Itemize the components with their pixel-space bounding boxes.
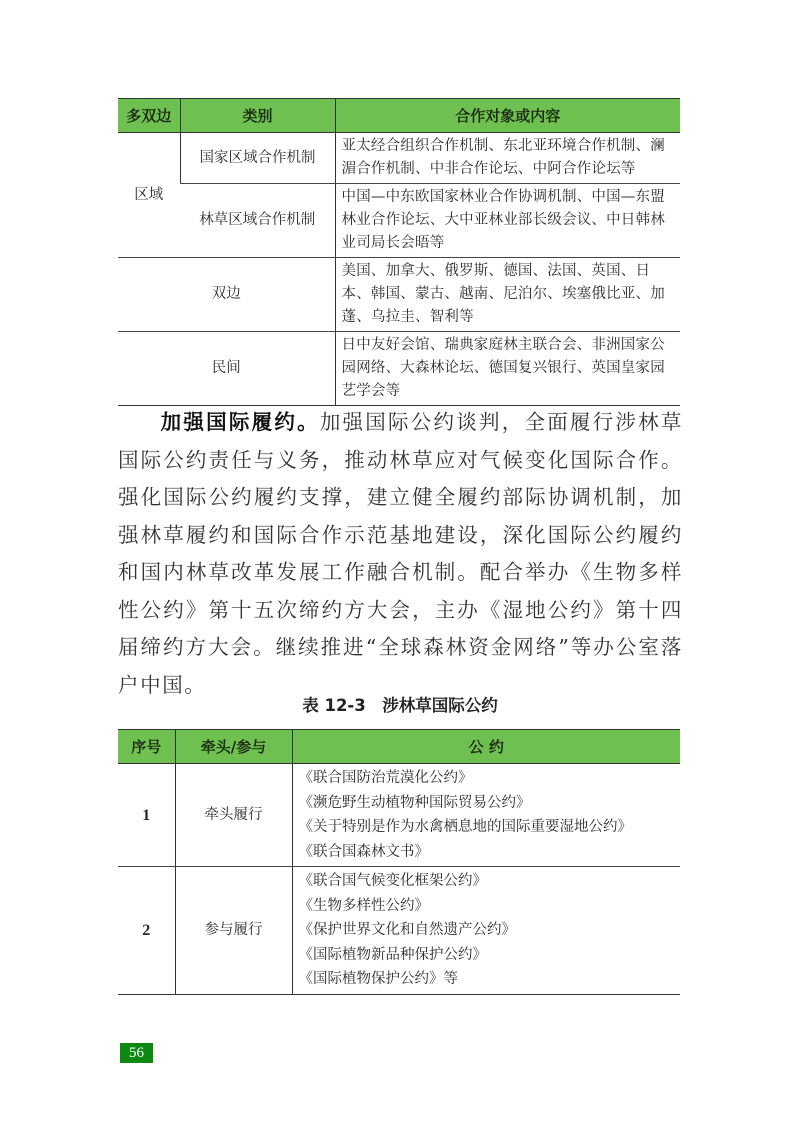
row-number: 1 [118, 764, 175, 867]
header-cell: 类别 [180, 99, 335, 133]
table-row: 区域 国家区域合作机制 亚太经合组织合作机制、东北亚环境合作机制、澜湄合作机制、… [118, 133, 680, 184]
conventions-cell: 《联合国气候变化框架公约》 《生物多样性公约》 《保护世界文化和自然遗产公约》 … [292, 867, 680, 995]
group-cell: 双边 [118, 258, 335, 332]
convention-item: 《生物多样性公约》 [299, 894, 675, 919]
convention-item: 《国际植物保护公约》等 [299, 967, 675, 992]
header-cell: 多双边 [118, 99, 180, 133]
convention-item: 《保护世界文化和自然遗产公约》 [299, 918, 675, 943]
content-cell: 中国—中东欧国家林业合作协调机制、中国—东盟林业合作论坛、大中亚林业部长级会议、… [335, 184, 680, 258]
conventions-table: 序号 牵头/参与 公 约 1 牵头履行 《联合国防治荒漠化公约》 《濒危野生动植… [118, 729, 680, 995]
category-cell: 林草区域合作机制 [180, 184, 335, 258]
paragraph-lead: 加强国际履约。 [160, 410, 320, 434]
header-cell: 序号 [118, 730, 175, 764]
header-cell: 公 约 [292, 730, 680, 764]
table-row: 民间 日中友好会馆、瑞典家庭林主联合会、非洲国家公园网络、大森林论坛、德国复兴银… [118, 332, 680, 406]
group-cell: 民间 [118, 332, 335, 406]
body-paragraph: 加强国际履约。加强国际公约谈判，全面履行涉林草国际公约责任与义务，推动林草应对气… [118, 404, 683, 704]
header-cell: 牵头/参与 [175, 730, 292, 764]
convention-item: 《关于特别是作为水禽栖息地的国际重要湿地公约》 [299, 815, 675, 840]
table-header-row: 多双边 类别 合作对象或内容 [118, 99, 680, 133]
paragraph-body: 加强国际公约谈判，全面履行涉林草国际公约责任与义务，推动林草应对气候变化国际合作… [118, 410, 683, 697]
table-header-row: 序号 牵头/参与 公 约 [118, 730, 680, 764]
row-number: 2 [118, 867, 175, 995]
convention-item: 《濒危野生动植物种国际贸易公约》 [299, 791, 675, 816]
convention-item: 《国际植物新品种保护公约》 [299, 943, 675, 968]
content-cell: 美国、加拿大、俄罗斯、德国、法国、英国、日本、韩国、蒙古、越南、尼泊尔、埃塞俄比… [335, 258, 680, 332]
table-row: 2 参与履行 《联合国气候变化框架公约》 《生物多样性公约》 《保护世界文化和自… [118, 867, 680, 995]
group-cell: 区域 [118, 133, 180, 258]
convention-item: 《联合国气候变化框架公约》 [299, 869, 675, 894]
table-row: 林草区域合作机制 中国—中东欧国家林业合作协调机制、中国—东盟林业合作论坛、大中… [118, 184, 680, 258]
table-caption: 表 12-3 涉林草国际公约 [0, 692, 800, 716]
table-row: 1 牵头履行 《联合国防治荒漠化公约》 《濒危野生动植物种国际贸易公约》 《关于… [118, 764, 680, 867]
role-cell: 牵头履行 [175, 764, 292, 867]
page-number-badge: 56 [120, 1043, 153, 1063]
role-cell: 参与履行 [175, 867, 292, 995]
header-cell: 合作对象或内容 [335, 99, 680, 133]
table-row: 双边 美国、加拿大、俄罗斯、德国、法国、英国、日本、韩国、蒙古、越南、尼泊尔、埃… [118, 258, 680, 332]
conventions-cell: 《联合国防治荒漠化公约》 《濒危野生动植物种国际贸易公约》 《关于特别是作为水禽… [292, 764, 680, 867]
convention-item: 《联合国森林文书》 [299, 840, 675, 865]
content-cell: 亚太经合组织合作机制、东北亚环境合作机制、澜湄合作机制、中非合作论坛、中阿合作论… [335, 133, 680, 184]
content-cell: 日中友好会馆、瑞典家庭林主联合会、非洲国家公园网络、大森林论坛、德国复兴银行、英… [335, 332, 680, 406]
convention-item: 《联合国防治荒漠化公约》 [299, 766, 675, 791]
category-cell: 国家区域合作机制 [180, 133, 335, 184]
cooperation-table: 多双边 类别 合作对象或内容 区域 国家区域合作机制 亚太经合组织合作机制、东北… [118, 98, 680, 406]
